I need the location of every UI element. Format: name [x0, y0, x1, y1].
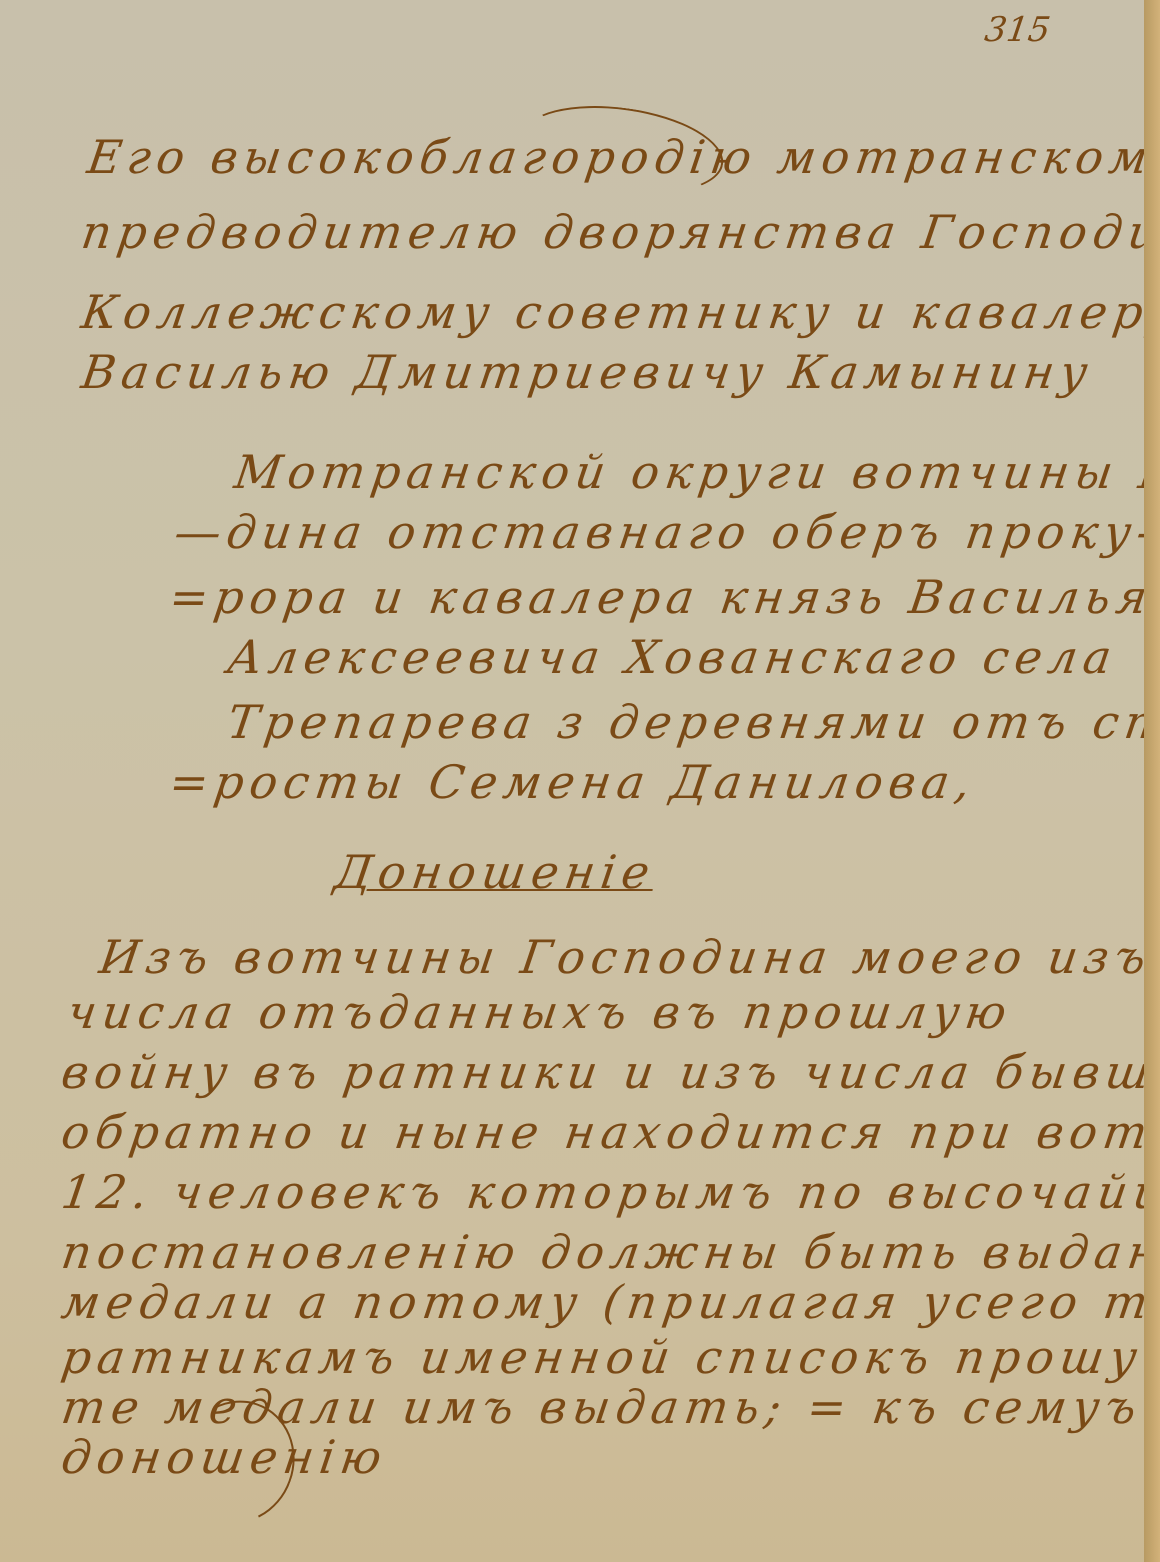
body-line-8: ратникамъ именной списокъ прошу [58, 1330, 1146, 1384]
body-line-3: войну въ ратники и изъ числа бывшихъ [58, 1045, 1160, 1099]
address-line-2: предводителю дворянства Господину [78, 205, 1160, 259]
body-line-5: 12. человекъ которымъ по высочайшему [58, 1165, 1160, 1219]
body-line-7: медали а потому (прилагая усего темъ [58, 1275, 1160, 1329]
body-line-1: Изъ вотчины Господина моего изъ [96, 930, 1155, 984]
address-line-4: Василью Дмитриевичу Камынину [78, 345, 1097, 399]
sender-line-4: Алексеевича Хованскаго села [224, 630, 1121, 684]
sender-line-5: Трепарева з деревнями отъ ста- [224, 695, 1160, 749]
ink-flourish [515, 94, 729, 206]
page-edge [1144, 0, 1160, 1562]
body-line-2: числа отъданныхъ въ прошлую [64, 985, 1016, 1039]
body-line-6: постановленію должны быть выданы [58, 1225, 1160, 1279]
address-line-3: Коллежскому советнику и кавалеру [78, 285, 1160, 339]
sender-line-2: —дина отставнаго оберъ проку- [171, 505, 1160, 559]
body-line-4: обратно и ныне находится при вотчине [58, 1105, 1160, 1159]
folio-number: 315 [982, 10, 1053, 50]
sender-line-3: =рора и кавалера князь Василья [166, 570, 1157, 624]
manuscript-page: 315 Его высокоблагородію мотранскому пре… [0, 0, 1148, 1562]
sender-line-6: =росты Семена Данилова, [166, 755, 979, 809]
document-heading: Доношеніе [331, 845, 659, 899]
sender-line-1: Мотранской округи вотчины Госпо- [231, 445, 1160, 499]
